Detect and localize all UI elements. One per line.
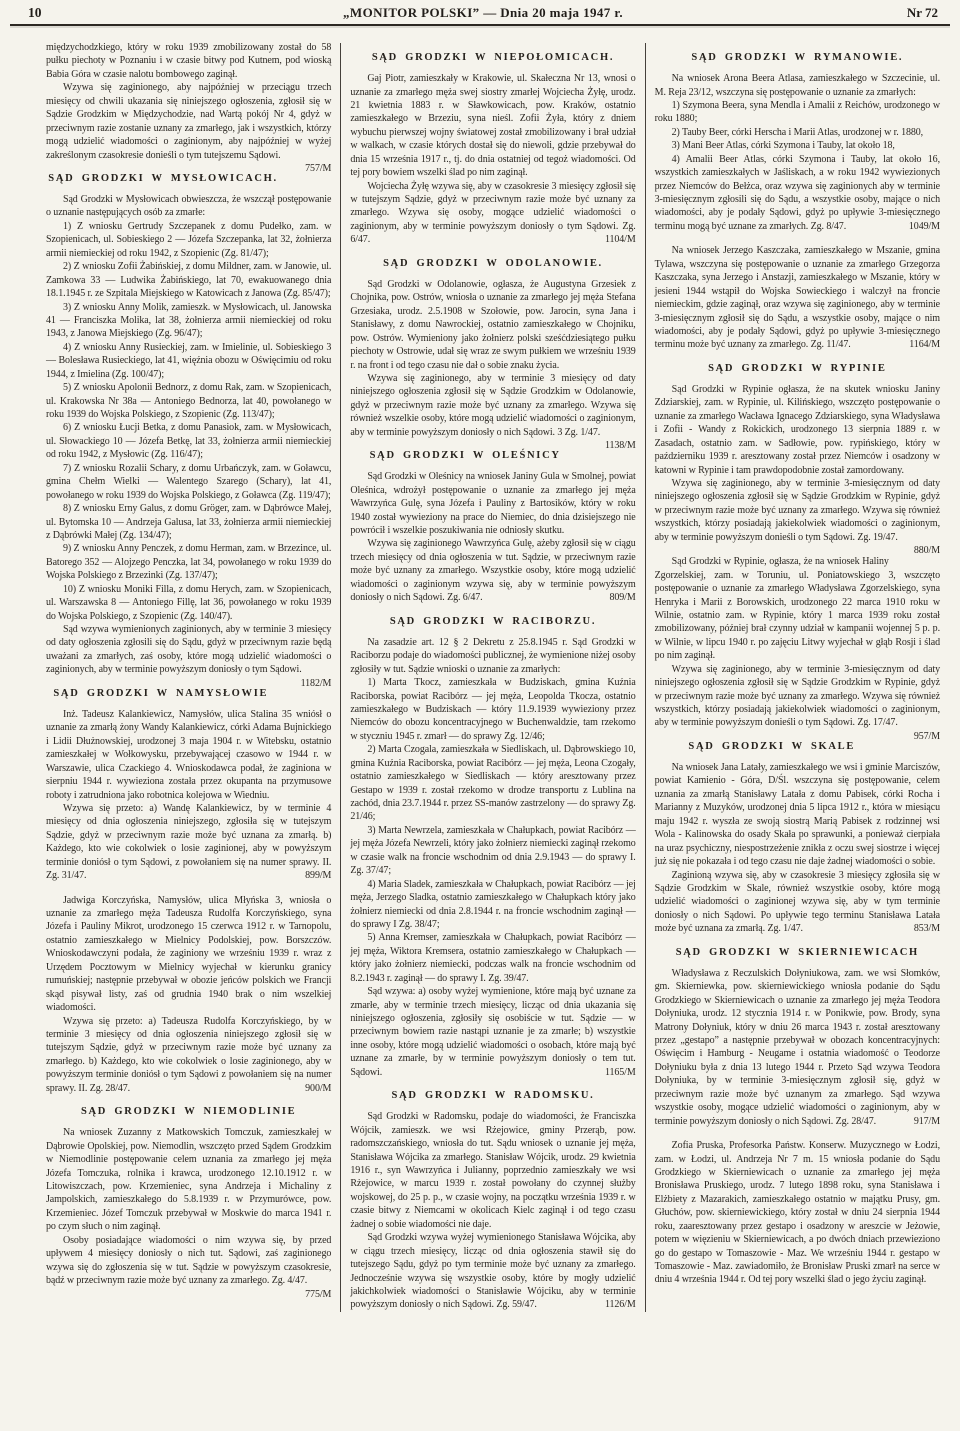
case-reference: 775/M [288, 1288, 331, 1301]
case-reference: 853/M [897, 922, 940, 935]
announcement-paragraph: Sąd Grodzki w Rypinie ogłasza, że na sku… [655, 383, 940, 477]
announcement-paragraph: 4) Amalii Beer Atlas, córki Szymona i Ta… [655, 153, 940, 234]
announcement-paragraph: międzychodzkiego, który w roku 1939 zmob… [46, 41, 331, 81]
case-reference: 1049/M [892, 220, 940, 233]
case-reference: 1182/M [284, 677, 332, 690]
gazette-page: 10 „MONITOR POLSKI” — Dnia 20 maja 1947 … [0, 0, 960, 1431]
announcement-paragraph: Wzywa się przeto: a) Tadeusza Rudolfa Ko… [46, 1015, 331, 1096]
case-reference: 809/M [592, 591, 635, 604]
announcement-paragraph: Sąd Grodzki w Odolanowie, ogłasza, że Au… [350, 278, 635, 372]
column-3: SĄD GRODZKI W RYMANOWIE.Na wniosek Arona… [655, 41, 940, 1312]
announcement-paragraph: 5) Z wniosku Apolonii Bednorz, z domu Ra… [46, 381, 331, 421]
announcement-paragraph: Gaj Piotr, zamieszkały w Krakowie, ul. S… [350, 72, 635, 180]
court-section-heading: SĄD GRODZKI W RYMANOWIE. [655, 51, 940, 65]
announcement-paragraph: 8) Z wniosku Erny Galus, z domu Gröger, … [46, 502, 331, 542]
announcement-paragraph: Na wniosek Jana Latały, zamieszkałego we… [655, 761, 940, 869]
announcement-paragraph: 4) Maria Sladek, zamieszkała w Chałupkac… [350, 878, 635, 932]
court-section-heading: SĄD GRODZKI W NIEPOŁOMICACH. [350, 51, 635, 65]
announcement-paragraph: Na wniosek Arona Beera Atlasa, zamieszka… [655, 72, 940, 99]
case-reference: 1126/M [588, 1298, 636, 1311]
announcement-paragraph: Inż. Tadeusz Kalankiewicz, Namysłów, uli… [46, 708, 331, 802]
court-section-heading: SĄD GRODZKI W NIEMODLINIE [46, 1105, 331, 1119]
announcement-paragraph: Wzywa się zaginionego, aby w terminie 3-… [655, 477, 940, 544]
court-section-heading: SĄD GRODZKI W ODOLANOWIE. [350, 257, 635, 271]
case-reference: 1165/M [588, 1066, 636, 1079]
announcement-paragraph: Sąd Grodzki w Mysłowicach obwieszcza, że… [46, 193, 331, 220]
announcement-paragraph: Wojciecha Żyłę wzywa się, aby w czasokre… [350, 180, 635, 247]
case-reference: 957/M [897, 730, 940, 743]
announcement-paragraph: 2) Tauby Beer, córki Herscha i Marii Atl… [655, 126, 940, 139]
case-reference: 900/M [288, 1082, 331, 1095]
announcement-paragraph: 3) Marta Newrzela, zamieszkała w Chałupk… [350, 824, 635, 878]
announcement-paragraph: Sąd wzywa wymienionych zaginionych, aby … [46, 623, 331, 677]
announcement-paragraph: 1) Z wniosku Gertrudy Szczepanek z domu … [46, 220, 331, 260]
announcement-paragraph: 4) Z wniosku Anny Rusieckiej, zam. w Imi… [46, 341, 331, 381]
column-1: międzychodzkiego, który w roku 1939 zmob… [46, 41, 331, 1312]
announcement-paragraph: 2) Marta Czogala, zamieszkała w Siedlisk… [350, 743, 635, 824]
announcement-paragraph: Sąd wzywa: a) osoby wyżej wymienione, kt… [350, 985, 635, 1079]
page-number: 10 [28, 5, 118, 21]
announcement-paragraph: Władysława z Reczulskich Dołyniukowa, za… [655, 967, 940, 1128]
announcement-paragraph: Wzywa się zaginionego Wawrzyńca Gulę, aż… [350, 537, 635, 604]
announcement-paragraph: 2) Z wniosku Zofii Żabińskiej, z domu Mi… [46, 260, 331, 300]
court-section-heading: SĄD GRODZKI W RACIBORZU. [350, 615, 635, 629]
issue-number: Nr 72 [848, 5, 938, 21]
case-reference: 917/M [897, 1115, 940, 1128]
announcement-paragraph: Zaginioną wzywa się, aby w czasokresie 3… [655, 869, 940, 936]
announcement-paragraph: 3) Z wniosku Anny Molik, zamieszk. w Mys… [46, 301, 331, 341]
announcement-paragraph: 5) Anna Kremser, zamieszkała w Chałupkac… [350, 931, 635, 985]
announcement-paragraph: Jadwiga Korczyńska, Namysłów, ulica Młyń… [46, 894, 331, 1015]
announcement-paragraph: 10) Z wniosku Moniki Filla, z domu Heryc… [46, 583, 331, 623]
announcement-paragraph: 1) Szymona Beera, syna Mendla i Amalii z… [655, 99, 940, 126]
announcement-paragraph: Sąd Grodzki wzywa wyżej wymienionego Sta… [350, 1231, 635, 1312]
announcement-paragraph: Sąd Grodzki w Oleśnicy na wniosek Janiny… [350, 470, 635, 537]
masthead-title: „MONITOR POLSKI” — Dnia 20 maja 1947 r. [118, 5, 848, 21]
announcement-paragraph: Sąd Grodzki w Radomsku, podaje do wiadom… [350, 1110, 635, 1231]
announcement-paragraph: 1) Marta Tkocz, zamieszkała w Budziskach… [350, 676, 635, 743]
announcement-paragraph: Na wniosek Jerzego Kaszczaka, zamieszkał… [655, 244, 940, 352]
column-2: SĄD GRODZKI W NIEPOŁOMICACH.Gaj Piotr, z… [350, 41, 635, 1312]
court-section-heading: SĄD GRODZKI W SKIERNIEWICACH [655, 946, 940, 960]
announcement-paragraph: Wzywa się zaginionego, aby w terminie 3-… [655, 663, 940, 730]
announcement-paragraph: Osoby posiadające wiadomości o nim wzywa… [46, 1234, 331, 1288]
court-section-heading: SĄD GRODZKI W RYPINIE [655, 362, 940, 376]
case-reference: 1164/M [892, 338, 940, 351]
announcement-paragraph: Na zasadzie art. 12 § 2 Dekretu z 25.8.1… [350, 636, 635, 676]
announcement-paragraph: Wzywa się zaginionego, aby w terminie 3 … [350, 372, 635, 439]
court-section-heading: SĄD GRODZKI W RADOMSKU. [350, 1089, 635, 1103]
columns-container: międzychodzkiego, który w roku 1939 zmob… [0, 26, 960, 1312]
announcement-paragraph: Wzywa się zaginionego, aby najpóźniej w … [46, 81, 331, 162]
case-reference: 880/M [897, 544, 940, 557]
announcement-paragraph: Wzywa się przeto: a) Wandę Kalankiewicz,… [46, 802, 331, 883]
announcement-paragraph: 6) Z wniosku Łucji Betka, z domu Panasio… [46, 421, 331, 461]
announcement-paragraph: 9) Z wniosku Anny Penczek, z domu Herman… [46, 542, 331, 582]
page-header: 10 „MONITOR POLSKI” — Dnia 20 maja 1947 … [0, 0, 960, 21]
column-divider-1 [340, 43, 341, 1312]
case-reference: 899/M [288, 869, 331, 882]
announcement-paragraph: 7) Z wniosku Rozalii Schary, z domu Urba… [46, 462, 331, 502]
announcement-paragraph: Zofia Pruska, Profesorka Państw. Konserw… [655, 1139, 940, 1287]
announcement-paragraph: Na wniosek Zuzanny z Matkowskich Tomczuk… [46, 1126, 331, 1234]
announcement-paragraph: Sąd Grodzki w Rypinie, ogłasza, że na wn… [655, 555, 940, 663]
announcement-paragraph: 3) Mani Beer Atlas, córki Szymona i Taub… [655, 139, 940, 152]
case-reference: 1104/M [588, 233, 636, 246]
case-reference: 757/M [288, 162, 331, 175]
case-reference: 1138/M [588, 439, 636, 452]
column-divider-2 [645, 43, 646, 1312]
